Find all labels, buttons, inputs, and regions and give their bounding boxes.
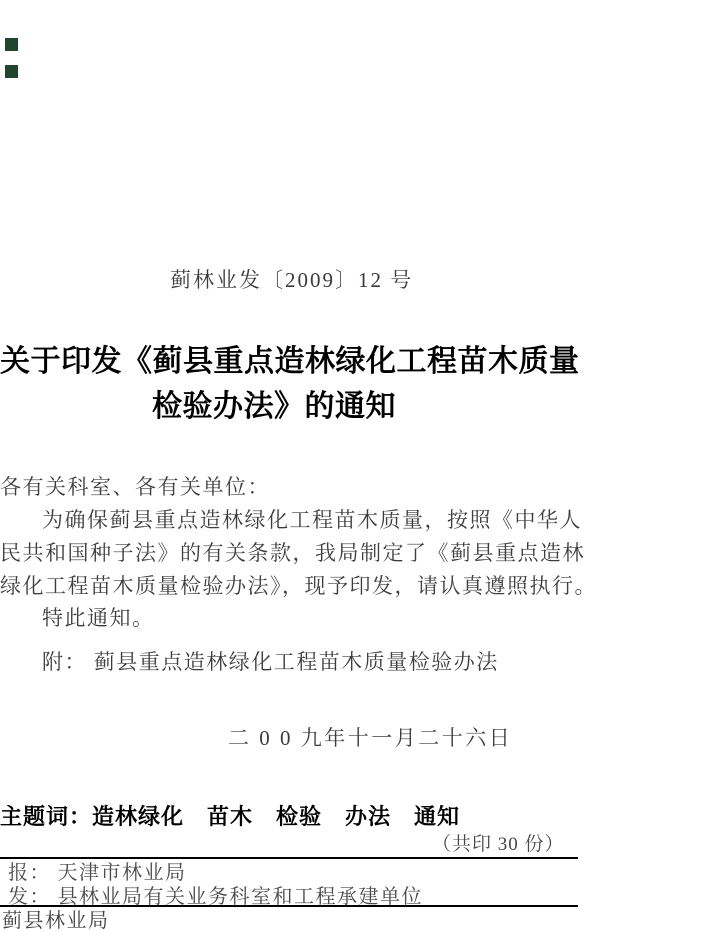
document-page: 蓟林业发〔2009〕12 号 关于印发《蓟县重点造林绿化工程苗木质量 检验办法》…: [0, 0, 710, 931]
date-line: 二 0 0 九年十一月二十六日: [228, 726, 512, 751]
issuer: 蓟县林业局: [2, 909, 110, 931]
doc-number: 蓟林业发〔2009〕12 号: [170, 268, 413, 293]
salutation: 各有关科室、各有关单位：: [0, 475, 270, 500]
closing-line: 特此通知。: [42, 606, 155, 631]
divider-bottom: [0, 905, 578, 907]
report-to-row: 报： 天津市林业局: [8, 861, 187, 885]
notice-title-line-2: 检验办法》的通知: [152, 389, 396, 425]
notice-title-line-1: 关于印发《蓟县重点造林绿化工程苗木质量: [0, 344, 580, 380]
divider-top: [0, 857, 578, 859]
paragraph-line: 绿化工程苗木质量检验办法》，现予印发，请认真遵照执行。: [0, 574, 597, 599]
paragraph-line: 为确保蓟县重点造林绿化工程苗木质量，按照《中华人: [42, 508, 582, 533]
corner-marker-icon: [5, 38, 18, 51]
paragraph-line: 民共和国种子法》的有关条款，我局制定了《蓟县重点造林: [0, 541, 585, 566]
print-count: （共印 30 份）: [432, 834, 565, 857]
subject-terms: 主题词：造林绿化 苗木 检验 办法 通知: [0, 804, 460, 830]
attachment-line: 附： 蓟县重点造林绿化工程苗木质量检验办法: [42, 650, 499, 675]
corner-marker-icon: [5, 65, 18, 78]
